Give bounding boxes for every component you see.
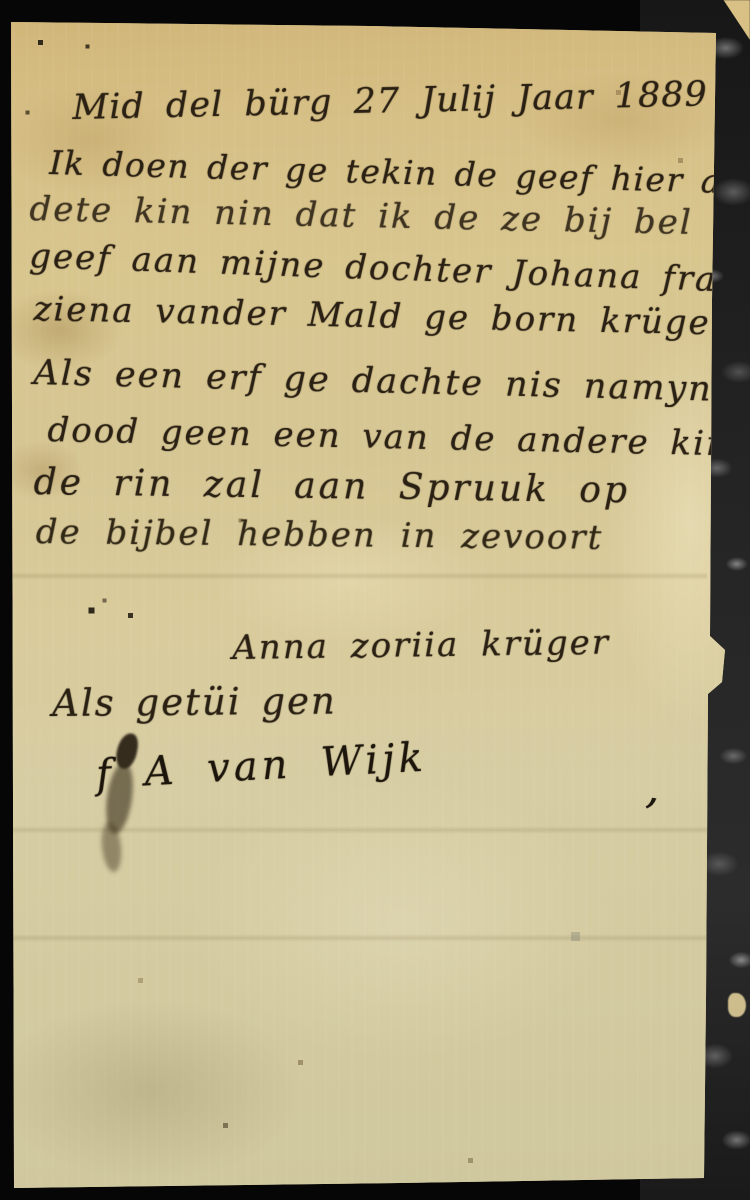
handwriting-line: Als getüi gen (52, 680, 337, 725)
ink-flourish-mark: ’ (638, 787, 660, 843)
handwriting-line: Mid del bürg 27 Julij Jaar 1889 (72, 75, 708, 128)
paper-chip-on-cover (728, 993, 746, 1017)
handwriting-line: de rin zal aan Spruuk op (33, 462, 630, 511)
ink-specks (0, 0, 1, 1)
paper-fold-line (12, 934, 707, 942)
signature-line: f A van Wijk (95, 735, 428, 798)
letter-paper: Mid del bürg 27 Julij Jaar 1889 Ik doen … (0, 0, 750, 1200)
handwriting-line: ziena vander Mald ge born krüger (33, 289, 729, 344)
photo-of-letter: Mid del bürg 27 Julij Jaar 1889 Ik doen … (0, 0, 750, 1200)
handwriting-line: de bijbel hebben in zevoort (36, 512, 604, 558)
handwriting-line: dood geen een van de andere kin (47, 410, 730, 464)
signature-line: Anna zoriia krüger (232, 623, 610, 668)
handwriting-line: Als een erf ge dachte nis namyn (33, 353, 713, 410)
paper-fold-line (12, 572, 707, 580)
